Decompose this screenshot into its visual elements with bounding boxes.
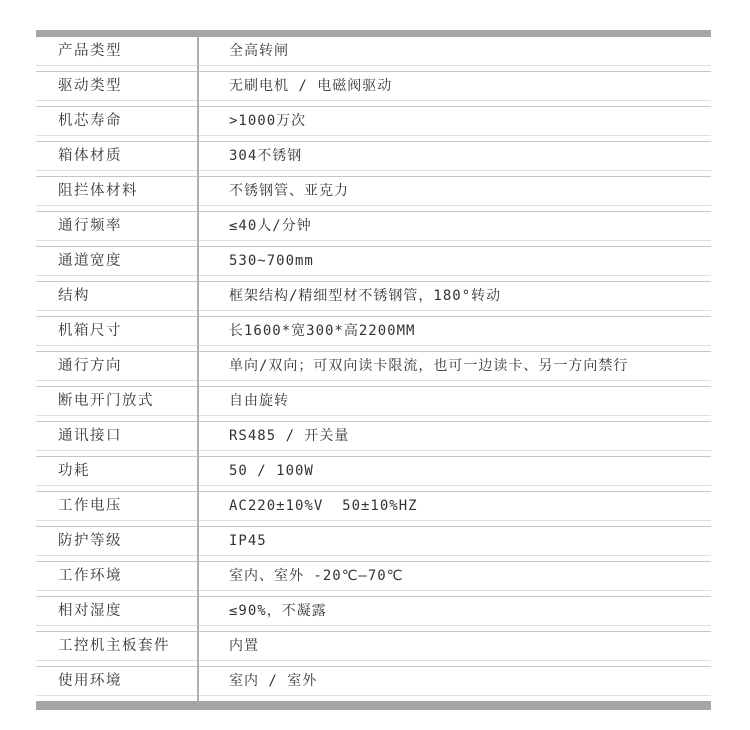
table-row: 驱动类型 无刷电机 / 电磁阀驱动 [36,71,711,101]
spec-label: 产品类型 [36,37,197,65]
spec-label: 工控机主板套件 [36,632,197,660]
table-row: 通行方向 单向/双向；可双向读卡限流，也可一边读卡、另一方向禁行 [36,351,711,381]
spec-value: RS485 / 开关量 [197,422,711,450]
table-row: 工作电压 AC220±10%V 50±10%HZ [36,491,711,521]
table-row: 通行频率 ≤40人/分钟 [36,211,711,241]
spec-table: 产品类型 全高转闸 驱动类型 无刷电机 / 电磁阀驱动 机芯寿命 >1000万次… [36,30,711,710]
table-bottom-bar [36,701,711,710]
spec-value: ≤90%，不凝露 [197,597,711,625]
spec-label: 通行方向 [36,352,197,380]
spec-label: 箱体材质 [36,142,197,170]
spec-label: 防护等级 [36,527,197,555]
spec-label: 功耗 [36,457,197,485]
table-row: 结构 框架结构/精细型材不锈钢管，180°转动 [36,281,711,311]
spec-value: 无刷电机 / 电磁阀驱动 [197,72,711,100]
spec-value: 自由旋转 [197,387,711,415]
spec-value: AC220±10%V 50±10%HZ [197,492,711,520]
table-row: 箱体材质 304不锈钢 [36,141,711,171]
spec-label: 驱动类型 [36,72,197,100]
spec-value: 室内、室外 -20℃—70℃ [197,562,711,590]
spec-label: 机箱尺寸 [36,317,197,345]
spec-value: 单向/双向；可双向读卡限流，也可一边读卡、另一方向禁行 [197,352,711,380]
spec-value: 50 / 100W [197,457,711,485]
spec-label: 结构 [36,282,197,310]
spec-value: IP45 [197,527,711,555]
table-row: 工控机主板套件 内置 [36,631,711,661]
table-row: 机芯寿命 >1000万次 [36,106,711,136]
spec-label: 工作电压 [36,492,197,520]
table-row: 通道宽度 530~700mm [36,246,711,276]
table-row: 产品类型 全高转闸 [36,37,711,66]
table-row: 通讯接口 RS485 / 开关量 [36,421,711,451]
spec-value: 长1600*宽300*高2200MM [197,317,711,345]
spec-label: 通讯接口 [36,422,197,450]
spec-value: 内置 [197,632,711,660]
column-divider [197,37,199,701]
spec-label: 阻拦体材料 [36,177,197,205]
table-row: 阻拦体材料 不锈钢管、亚克力 [36,176,711,206]
table-row: 防护等级 IP45 [36,526,711,556]
spec-value: 不锈钢管、亚克力 [197,177,711,205]
spec-value: 全高转闸 [197,37,711,65]
table-row: 相对湿度 ≤90%，不凝露 [36,596,711,626]
spec-value: ≤40人/分钟 [197,212,711,240]
spec-label: 断电开门放式 [36,387,197,415]
table-row: 功耗 50 / 100W [36,456,711,486]
spec-label: 使用环境 [36,667,197,695]
spec-label: 工作环境 [36,562,197,590]
spec-label: 通道宽度 [36,247,197,275]
spec-value: >1000万次 [197,107,711,135]
table-row: 工作环境 室内、室外 -20℃—70℃ [36,561,711,591]
table-row: 机箱尺寸 长1600*宽300*高2200MM [36,316,711,346]
spec-label: 机芯寿命 [36,107,197,135]
table-row: 使用环境 室内 / 室外 [36,666,711,696]
table-rows: 产品类型 全高转闸 驱动类型 无刷电机 / 电磁阀驱动 机芯寿命 >1000万次… [36,37,711,696]
table-top-bar [36,30,711,37]
spec-value: 室内 / 室外 [197,667,711,695]
spec-value: 304不锈钢 [197,142,711,170]
spec-label: 相对湿度 [36,597,197,625]
spec-value: 框架结构/精细型材不锈钢管，180°转动 [197,282,711,310]
spec-label: 通行频率 [36,212,197,240]
table-row: 断电开门放式 自由旋转 [36,386,711,416]
spec-value: 530~700mm [197,247,711,275]
